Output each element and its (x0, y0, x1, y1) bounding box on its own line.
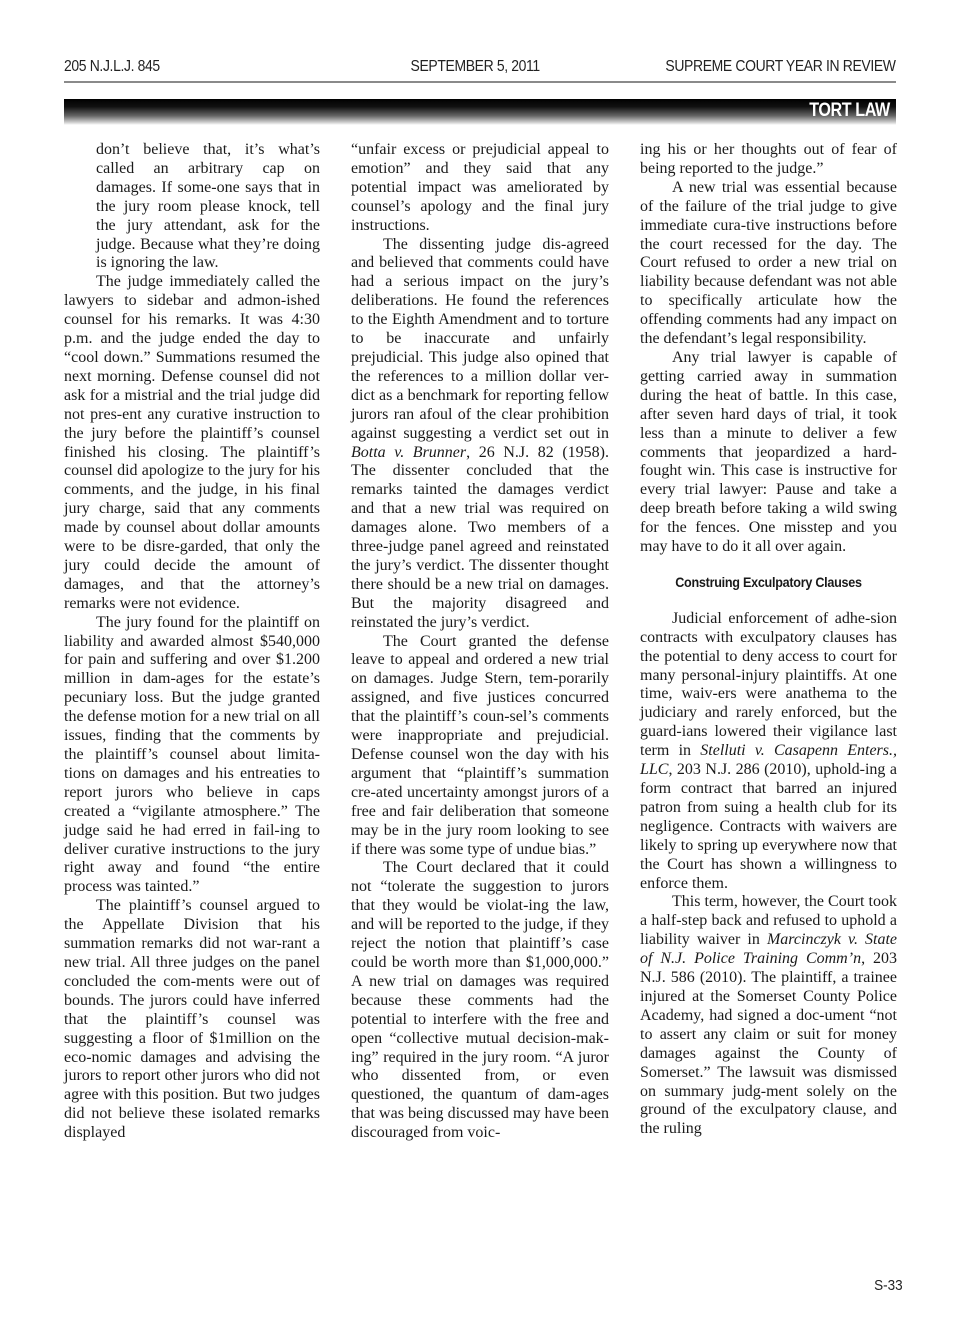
paragraph: The jury found for the plaintiff on liab… (64, 614, 320, 898)
text-run: , 203 N.J. 586 (2010). The plaintiff, a … (640, 950, 897, 1137)
section-title: TORT LAW (809, 100, 890, 122)
section-band: TORT LAW (64, 99, 896, 125)
column-3: ing his or her thoughts out of fear of b… (640, 141, 897, 1139)
subheading: Construing Exculpatory Clauses (653, 573, 884, 592)
block-quote: don’t believe that, it’s what’s called a… (96, 141, 320, 273)
paragraph: The Court declared that it could not “to… (351, 859, 609, 1143)
paragraph: This term, however, the Court took a hal… (640, 893, 897, 1139)
column-1: don’t believe that, it’s what’s called a… (64, 141, 320, 1143)
section-name: SUPREME COURT YEAR IN REVIEW (665, 58, 895, 76)
header-rule (64, 81, 896, 83)
paragraph: The dissenting judge dis-agreed and beli… (351, 236, 609, 633)
citation: 205 N.J.L.J. 845 (64, 58, 160, 76)
paragraph: Judicial enforcement of adhe-sion contra… (640, 610, 897, 894)
text-run: , 26 N.J. 82 (1958). The dissenter concl… (351, 444, 609, 631)
issue-date: SEPTEMBER 5, 2011 (411, 58, 540, 76)
running-header: 205 N.J.L.J. 845 SEPTEMBER 5, 2011 SUPRE… (64, 58, 896, 80)
paragraph: The Court granted the defense leave to a… (351, 633, 609, 860)
page-number: S-33 (874, 1277, 903, 1294)
paragraph: The plaintiff’s counsel argued to the Ap… (64, 897, 320, 1143)
case-citation: Botta v. Brunner (351, 444, 466, 461)
paragraph: “unfair excess or prejudicial appeal to … (351, 141, 609, 236)
column-2: “unfair excess or prejudicial appeal to … (351, 141, 609, 1143)
text-run: , 203 N.J. 286 (2010), uphold-ing a form… (640, 761, 897, 891)
text-run: Judicial enforcement of adhe-sion contra… (640, 610, 897, 759)
paragraph: Any trial lawyer is capable of getting c… (640, 349, 897, 557)
paragraph: A new trial was essential because of the… (640, 179, 897, 349)
text-run: The dissenting judge dis-agreed and beli… (351, 236, 609, 442)
paragraph: The judge immediately called the lawyers… (64, 273, 320, 613)
paragraph: ing his or her thoughts out of fear of b… (640, 141, 897, 179)
